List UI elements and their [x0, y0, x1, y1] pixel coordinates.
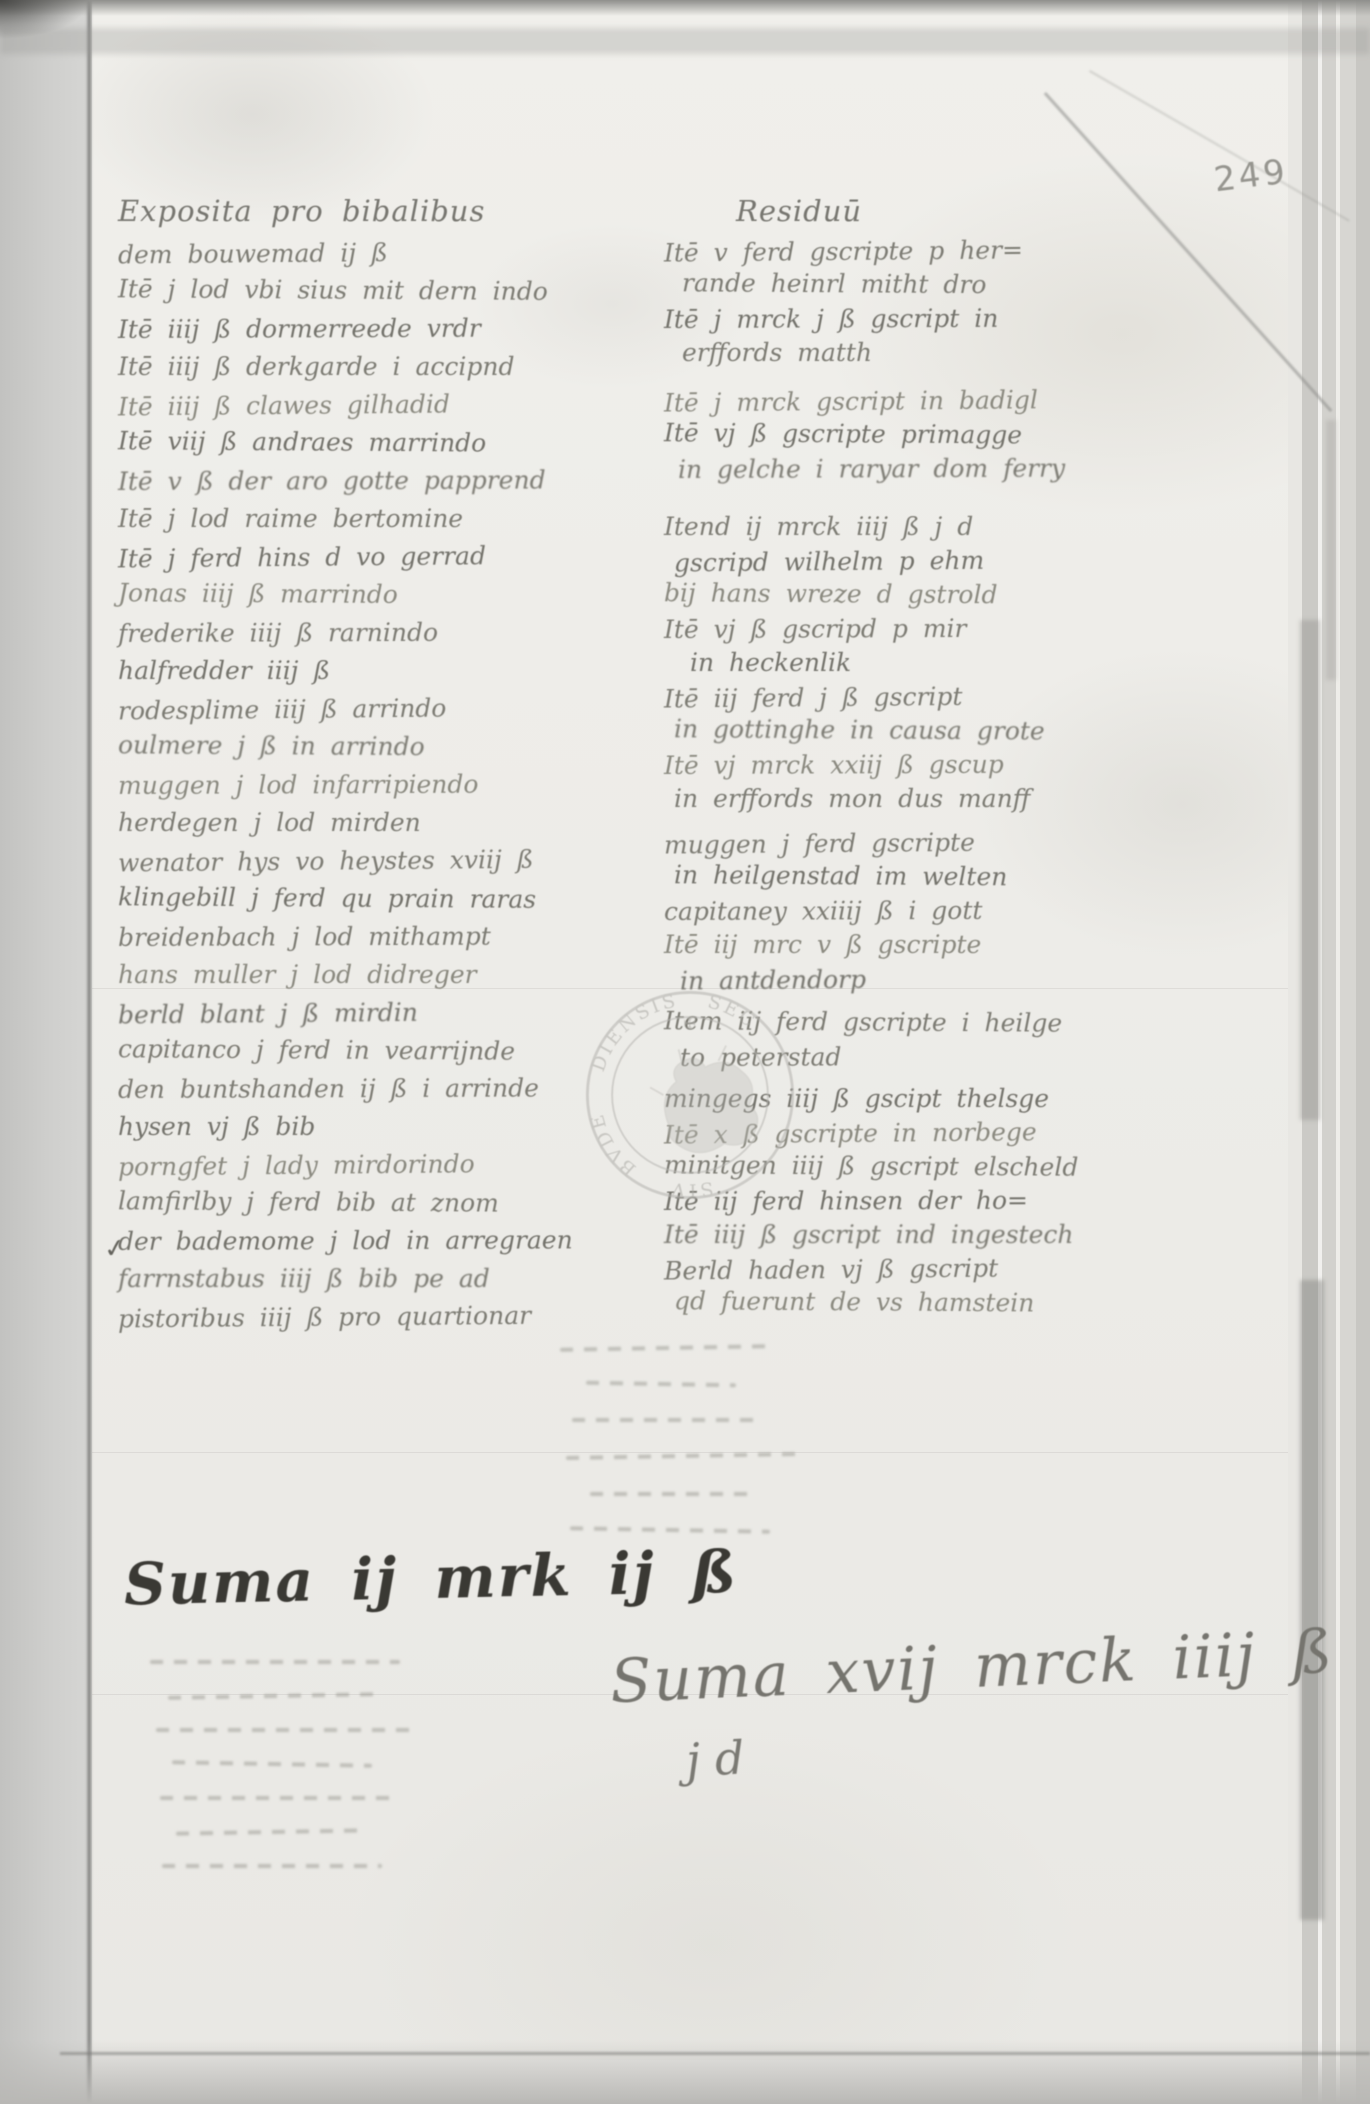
manuscript-line: Itē j lod vbi sius mit dern indo [118, 270, 678, 311]
manuscript-line: Itē v ß der aro gotte papprend [118, 461, 678, 501]
manuscript-line: Itē vj ß gscripte primagge [664, 416, 1244, 454]
manuscript-line: Itē j ferd hins d vo gerrad [118, 536, 678, 579]
manuscript-line: frederike iiij ß rarnindo [118, 613, 678, 653]
manuscript-line: Itē j lod raime bertomine [118, 500, 678, 538]
manuscript-line: bij hans wreze d gstrold [664, 576, 1244, 614]
manuscript-line: Berld haden vj ß gscript [664, 1249, 1244, 1288]
manuscript-line: oulmere j ß in arrindo [118, 726, 678, 767]
page-edge-strip [1340, 0, 1356, 2104]
seal-text-fragment: SIV [667, 1177, 715, 1202]
manuscript-line: muggen j lod infarripiendo [118, 765, 678, 805]
manuscript-line: Itē iij ferd j ß gscript [664, 677, 1244, 716]
bleedthrough-row [572, 1418, 762, 1422]
bleedthrough-row [160, 1796, 400, 1800]
seal-text-fragment: BVDE [585, 1110, 640, 1181]
manuscript-line: Itē iiij ß derkgarde i accipnd [118, 348, 678, 386]
archive-seal: SEC SIV BVDE DIENSIS ✠ [576, 981, 804, 1209]
book-gutter-background [0, 0, 92, 2104]
scan-bottom-shadow [0, 2040, 1370, 2104]
manuscript-line: in erffords mon dus manff [674, 782, 1244, 816]
bleedthrough-row [150, 1660, 400, 1664]
manuscript-line: rande heinrl mitht dro [682, 266, 1244, 303]
expenses-heading: Exposita pro bibalibus [118, 194, 678, 228]
manuscript-line: dem bouwemad ij ß [118, 232, 678, 275]
bleedthrough-row [590, 1492, 750, 1496]
page-edge-strip [1356, 0, 1370, 2104]
scan-top-shadow [0, 0, 1370, 16]
manuscript-line: Itē iij mrc v ß gscripte [664, 928, 1244, 962]
manuscript-line: herdegen j lod mirden [118, 804, 678, 842]
manuscript-line: erffords matth [682, 336, 1244, 370]
manuscript-line: Itē j mrck j ß gscript in [664, 301, 1244, 337]
page-edge-stain [1326, 420, 1336, 680]
manuscript-line: Itē v ferd gscripte p her= [664, 231, 1244, 270]
summa-left-total: Suma ij mrk ij ß [123, 1538, 738, 1619]
page-bottom-edge [60, 2052, 1370, 2055]
gutter-seam [86, 0, 92, 2104]
manuscript-line: gscripd wilhelm p ehm [674, 542, 1244, 581]
manuscript-line: in gelche i raryar dom ferry [678, 451, 1244, 487]
manuscript-line: qd fuerunt de vs hamstein [674, 1284, 1244, 1321]
manuscript-scan: 249 Exposita pro bibalibus dem bouwemad … [0, 0, 1370, 2104]
margin-check-mark: ✓ [102, 1233, 128, 1266]
bleedthrough-row [156, 1728, 416, 1732]
manuscript-line: in heckenlik [690, 646, 1244, 680]
manuscript-line: Jonas iiij ß marrindo [118, 574, 678, 615]
manuscript-line: muggen j ferd gscripte [664, 823, 1244, 862]
seal-text-fragment: DIENSIS [587, 989, 680, 1074]
residua-heading: Residuū [736, 194, 1244, 228]
scan-top-band [0, 28, 1370, 54]
page-edge-strip [1322, 0, 1336, 2104]
manuscript-line: Itend ij mrck iiij ß j d [664, 510, 1244, 544]
manuscript-line: Itē viij ß andraes marrindo [118, 422, 678, 463]
manuscript-line: Itē iiij ß clawes gilhadid [118, 384, 678, 427]
manuscript-line: in gottinghe in causa grote [674, 712, 1244, 749]
summa-right-total-continued: j d [685, 1731, 746, 1788]
page-edge-stain [1300, 620, 1320, 1120]
seal-heraldic-emblem [650, 1046, 757, 1153]
manuscript-line: in heilgenstad im welten [674, 858, 1244, 895]
manuscript-line: der bademome j lod in arregraen [118, 1221, 678, 1261]
manuscript-line: halfredder iiij ß [118, 652, 678, 690]
manuscript-line: wenator hys vo heystes xviij ß [118, 840, 678, 883]
manuscript-line: Itē j mrck gscript in badigl [664, 381, 1244, 420]
manuscript-line: Itē vj ß gscripd p mir [664, 611, 1244, 647]
seal-cross-icon: ✠ [683, 1015, 696, 1033]
manuscript-line: rodesplime iiij ß arrindo [118, 688, 678, 731]
manuscript-line: pistoribus iiij ß pro quartionar [118, 1296, 678, 1339]
bleedthrough-row [162, 1864, 382, 1868]
manuscript-line: Itē iiij ß dormerreede vrdr [118, 309, 678, 349]
scan-corner-shadow [0, 0, 120, 52]
manuscript-line: klingebill j ferd qu prain raras [118, 878, 678, 919]
seal-text-fragment: SEC [705, 991, 761, 1034]
page-edge-stain [1300, 1280, 1324, 1920]
manuscript-line: capitaney xxiiij ß i gott [664, 893, 1244, 929]
manuscript-line: farrnstabus iiij ß bib pe ad [118, 1260, 678, 1298]
manuscript-line: Itē vj mrck xxiij ß gscup [664, 747, 1244, 783]
manuscript-line: breidenbach j lod mithampt [118, 917, 678, 957]
manuscript-line: Itē iiij ß gscript ind ingestech [664, 1218, 1244, 1252]
